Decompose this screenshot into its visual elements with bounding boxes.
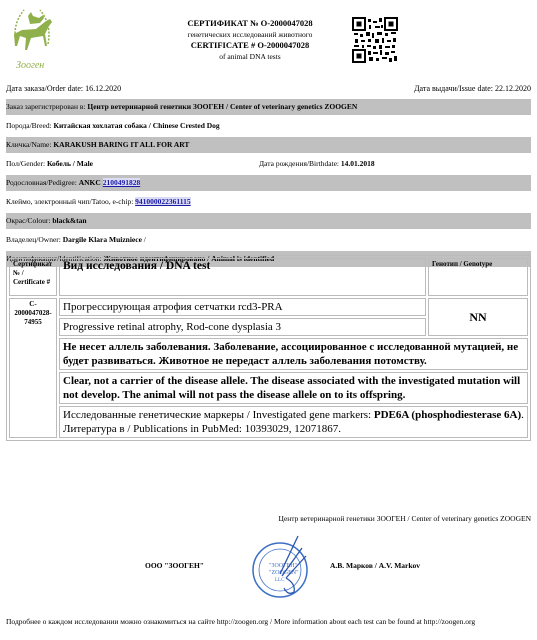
horse-logo-icon: Зooген: [6, 4, 58, 74]
breed-label: Порода/Breed:: [6, 121, 52, 130]
header-genotype: Генотип / Genotype: [428, 258, 528, 296]
subtitle-en: of animal DNA tests: [150, 51, 350, 62]
birthdate-label: Дата рождения/Birthdate:: [259, 159, 339, 168]
company-name: ООО "ЗООГЕН": [145, 561, 204, 570]
chip-row: Клеймо, электронный чип/Tatoo, e-chip: 9…: [6, 194, 531, 210]
registered-value: Центр ветеринарной генетики ЗООГЕН / Cen…: [87, 102, 357, 111]
certificate-title-block: СЕРТИФИКАТ № O-2000047028 генетических и…: [150, 18, 350, 62]
zoogen-logo: Зooген: [6, 4, 58, 74]
colour-label: Окрас/Colour:: [6, 216, 50, 225]
pedigree-number-link[interactable]: 2100491828: [103, 178, 141, 187]
table-row: Исследованные генетические маркеры / Inv…: [9, 406, 528, 438]
markers-prefix: Исследованные генетические маркеры / Inv…: [63, 409, 374, 421]
table-row: Clear, not a carrier of the disease alle…: [9, 372, 528, 404]
owner-label: Владелец/Owner:: [6, 235, 61, 244]
title-ru: СЕРТИФИКАТ № O-2000047028: [150, 18, 350, 29]
qr-code-icon: [352, 17, 398, 63]
name-row: Кличка/Name: KARAKUSH BARING IT ALL FOR …: [6, 137, 531, 153]
name-label: Кличка/Name:: [6, 140, 51, 149]
result-en: Clear, not a carrier of the disease alle…: [59, 372, 528, 404]
dates-row: Дата заказа/Order date: 16.12.2020 Дата …: [6, 84, 531, 93]
breed-value: Китайская хохлатая собака / Chinese Cres…: [54, 121, 220, 130]
birthdate-value: 14.01.2018: [341, 159, 375, 168]
order-date: 16.12.2020: [85, 84, 121, 93]
signer-name: А.В. Марков / A.V. Markov: [330, 561, 420, 570]
pedigree-label: Родословная/Pedigree:: [6, 178, 77, 187]
test-name-en: Progressive retinal atrophy, Rod-cone dy…: [59, 318, 426, 336]
result-ru: Не несет аллель заболевания. Заболевание…: [59, 338, 528, 370]
birthdate-group: Дата рождения/Birthdate: 14.01.2018: [259, 156, 375, 172]
dna-test-table: Сертификат № / Certificate # Вид исследо…: [6, 255, 531, 441]
colour-value: black&tan: [52, 216, 86, 225]
registered-row: Заказ зарегистрирован в: Центр ветеринар…: [6, 99, 531, 115]
header-certificate: Сертификат № / Certificate #: [9, 258, 57, 296]
pedigree-row: Родословная/Pedigree: ANKC 2100491828: [6, 175, 531, 191]
title-en: CERTIFICATE # O-2000047028: [150, 40, 350, 51]
owner-row: Владелец/Owner: Dargile Klara Muizniece …: [6, 232, 531, 248]
subtitle-ru: генетических исследований животного: [150, 29, 350, 40]
registered-label: Заказ зарегистрирован в:: [6, 102, 86, 111]
svg-text:Зooген: Зooген: [16, 60, 44, 71]
order-date-label: Дата заказа/Order date:: [6, 84, 83, 93]
table-row: C-2000047028-74955 Прогрессирующая атроф…: [9, 298, 528, 316]
issue-date-label: Дата выдачи/Issue date:: [414, 84, 493, 93]
test-name-ru: Прогрессирующая атрофия сетчатки rcd3-PR…: [59, 298, 426, 316]
animal-info: Заказ зарегистрирован в: Центр ветеринар…: [6, 99, 531, 270]
table-row: Не несет аллель заболевания. Заболевание…: [9, 338, 528, 370]
center-name: Центр ветеринарной генетики ЗООГЕН / Cen…: [279, 514, 531, 523]
gene-markers: Исследованные генетические маркеры / Inv…: [59, 406, 528, 438]
owner-suffix: /: [142, 235, 146, 244]
name-value: KARAKUSH BARING IT ALL FOR ART: [53, 140, 189, 149]
genotype-value: NN: [428, 298, 528, 336]
gender-value: Кобель / Male: [47, 159, 93, 168]
owner-value: Dargile Klara Muizniece: [63, 235, 142, 244]
issue-date-group: Дата выдачи/Issue date: 22.12.2020: [414, 84, 531, 93]
gender-row: Пол/Gender: Кобель / Male Дата рождения/…: [6, 156, 531, 172]
svg-text:LLC: LLC: [275, 578, 285, 583]
breed-row: Порода/Breed: Китайская хохлатая собака …: [6, 118, 531, 134]
pedigree-org: ANKC: [79, 178, 101, 187]
colour-row: Окрас/Colour: black&tan: [6, 213, 531, 229]
certificate-number: C-2000047028-74955: [9, 298, 57, 438]
gender-label: Пол/Gender:: [6, 159, 45, 168]
stamp-icon: "ЗООГЕН" "ZOOGEN" LLC: [250, 534, 320, 602]
chip-number-link[interactable]: 941000022361115: [135, 197, 190, 206]
footer-note: Подробнее о каждом исследовании можно оз…: [6, 616, 531, 627]
table-header-row: Сертификат № / Certificate # Вид исследо…: [9, 258, 528, 296]
markers-gene: PDE6A (phosphodiesterase 6A): [374, 409, 521, 421]
chip-label: Клеймо, электронный чип/Tatoo, e-chip:: [6, 197, 133, 206]
issue-date: 22.12.2020: [495, 84, 531, 93]
header-dna-test: Вид исследования / DNA test: [59, 258, 426, 296]
